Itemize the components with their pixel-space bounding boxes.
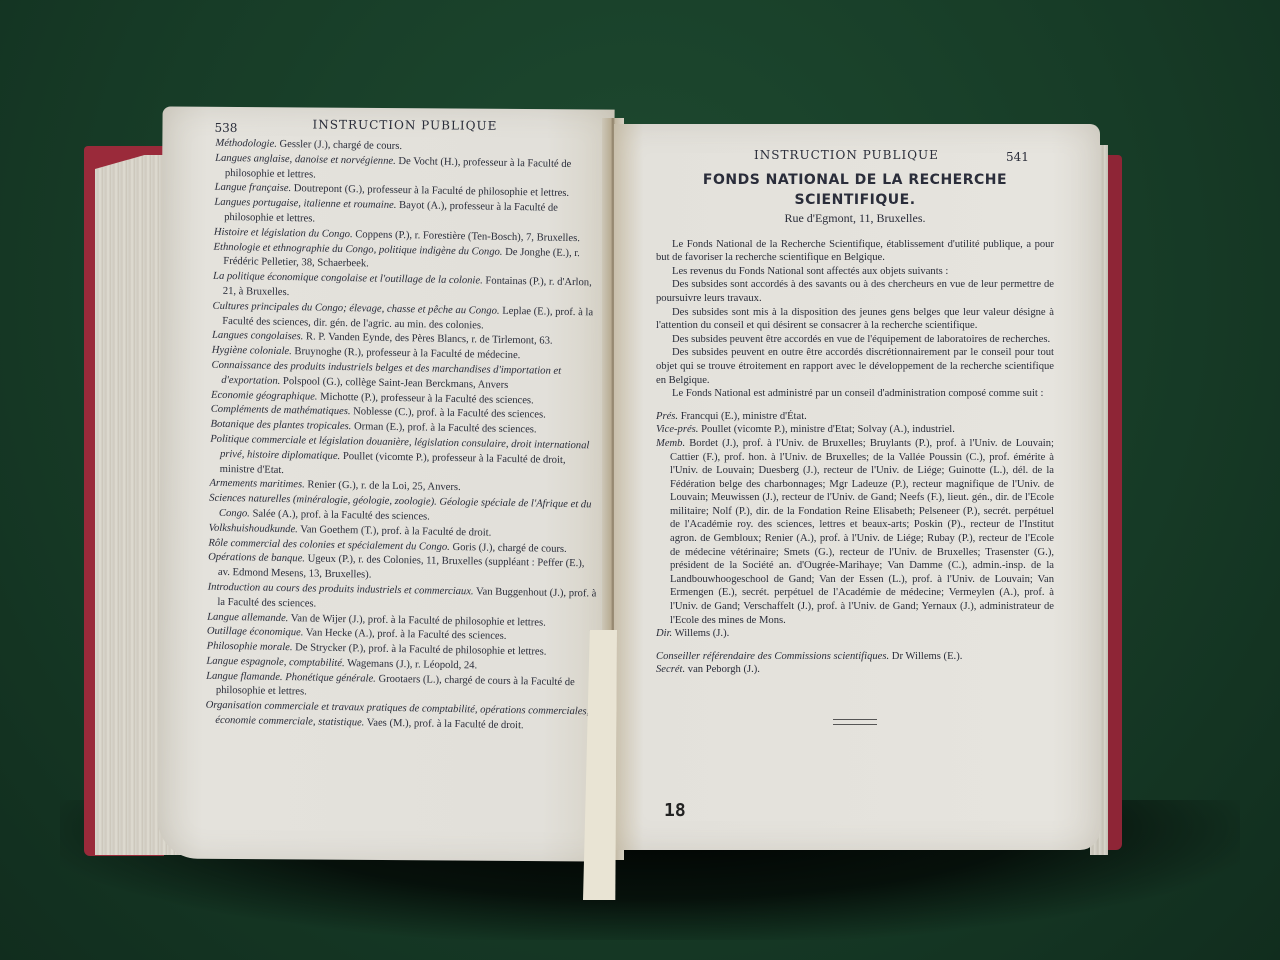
board-role-entry: Memb. Bordet (J.), prof. à l'Univ. de Br… (656, 437, 1054, 627)
course-subject: Histoire et législation du Congo. (214, 227, 353, 240)
course-instructor: R. P. Vanden Eynde, des Pères Blancs, r.… (303, 332, 552, 347)
paragraph: Des subsides peuvent en outre être accor… (656, 346, 1054, 387)
secretary-entry: Secrét. van Peborgh (J.). (656, 663, 1054, 677)
course-subject: Rôle commercial des colonies et spéciale… (208, 537, 450, 552)
course-subject: Armements maritimes. (209, 478, 305, 491)
left-entries: Méthodologie. Gessler (J.), chargé de co… (205, 137, 605, 736)
paragraphs: Le Fonds National de la Recherche Scient… (656, 238, 1054, 401)
secretary-role: Secrét. (656, 664, 685, 675)
board-role-holders: Bordet (J.), prof. à l'Univ. de Bruxelle… (670, 438, 1054, 626)
right-page: INSTRUCTION PUBLIQUE 541 FONDS NATIONAL … (614, 124, 1100, 850)
course-subject: Langues anglaise, danoise et norvégienne… (215, 153, 396, 167)
board-role: Memb. (656, 438, 685, 449)
course-subject: Langues congolaises. (212, 330, 303, 343)
signature-mark: 18 (664, 800, 686, 821)
course-subject: Outillage économique. (207, 626, 304, 639)
course-instructor: Van de Wijer (J.), prof. à la Faculté de… (288, 613, 546, 628)
paragraph: Des subsides peuvent être accordés en vu… (656, 333, 1054, 347)
board-role-holders: Francqui (E.), ministre d'État. (678, 411, 807, 422)
board-role-entry: Prés. Francqui (E.), ministre d'État. (656, 410, 1054, 424)
board-role-entry: Dir. Willems (J.). (656, 627, 1054, 641)
course-subject: Introduction au cours des produits indus… (208, 582, 474, 598)
course-subject: Philosophie morale. (207, 641, 293, 653)
left-page-number: 538 (214, 121, 237, 135)
board-role-entry: Vice-prés. Poullet (vicomte P.), ministr… (656, 423, 1054, 437)
right-running-head: INSTRUCTION PUBLIQUE (754, 148, 939, 162)
conseiller-name: Dr Willems (E.). (889, 651, 962, 662)
section-title: FONDS NATIONAL DE LA RECHERCHE SCIENTIFI… (656, 170, 1054, 210)
board-members: Prés. Francqui (E.), ministre d'État.Vic… (656, 410, 1054, 641)
course-subject: Langue espagnole, comptabilité. (206, 656, 344, 669)
course-instructor: Orman (E.), prof. à la Faculté des scien… (351, 421, 536, 435)
course-instructor: Polspool (G.), collège Saint-Jean Berckm… (280, 376, 508, 391)
course-instructor: Michotte (P.), professeur à la Faculté d… (317, 391, 533, 406)
board-role: Dir. (656, 628, 672, 639)
board-role-holders: Poullet (vicomte P.), ministre d'Etat; S… (698, 424, 954, 435)
conseiller-entry: Conseiller référendaire des Commissions … (656, 650, 1054, 664)
course-instructor: Bruynoghe (R.), professeur à la Faculté … (292, 346, 521, 361)
board-role: Prés. (656, 411, 678, 422)
course-instructor: Vaes (M.), prof. à la Faculté de droit. (364, 718, 523, 732)
section-address: Rue d'Egmont, 11, Bruxelles. (656, 212, 1054, 226)
course-subject: La politique économique congolaise et l'… (213, 271, 483, 287)
course-instructor: Coppens (P.), r. Forestière (Ten-Bosch),… (353, 229, 580, 244)
course-instructor: De Strycker (P.), prof. à la Faculté de … (292, 642, 546, 657)
paragraph: Des subsides sont mis à la disposition d… (656, 306, 1054, 333)
course-subject: Economie géographique. (211, 389, 318, 402)
course-instructor: Gessler (J.), chargé de cours. (277, 139, 402, 152)
course-subject: Compléments de mathématiques. (211, 404, 351, 417)
right-page-number: 541 (1006, 150, 1029, 164)
course-subject: Botanique des plantes tropicales. (210, 419, 351, 432)
course-instructor: Van Goethem (T.), prof. à la Faculté de … (298, 524, 492, 538)
board-role-holders: Willems (J.). (672, 628, 729, 639)
course-instructor: Doutrepont (G.), professeur à la Faculté… (291, 183, 569, 199)
course-subject: Langue flamande. Phonétique générale. (206, 670, 376, 684)
section-end-rule (833, 719, 877, 725)
course-subject: Langue allemande. (207, 611, 288, 623)
course-instructor: Renier (G.), r. de la Loi, 25, Anvers. (305, 480, 461, 494)
course-subject: Hygiène coloniale. (212, 345, 292, 357)
paragraph: Des subsides sont accordés à des savants… (656, 278, 1054, 305)
course-entry: Organisation commerciale et travaux prat… (205, 699, 595, 735)
course-instructor: Noblesse (C.), prof. à la Faculté des sc… (350, 407, 546, 421)
board-role: Vice-prés. (656, 424, 698, 435)
course-subject: Méthodologie. (215, 138, 277, 150)
course-subject: Cultures principales du Congo; élevage, … (212, 301, 499, 317)
secretary-name: van Peborgh (J.). (685, 664, 760, 675)
paragraph: Le Fonds National de la Recherche Scient… (656, 238, 1054, 265)
paragraph: Les revenus du Fonds National sont affec… (656, 265, 1054, 279)
course-subject: Opérations de banque. (208, 552, 305, 565)
course-subject: Langues portugaise, italienne et roumain… (214, 197, 396, 211)
left-page: 538 INSTRUCTION PUBLIQUE Méthodologie. G… (157, 106, 614, 861)
course-entry: Politique commerciale et législation dou… (210, 433, 601, 484)
course-instructor: Wagemans (J.), r. Léopold, 24. (345, 658, 478, 671)
course-instructor: Salée (A.), prof. à la Faculté des scien… (250, 508, 430, 522)
left-running-head: INSTRUCTION PUBLIQUE (312, 117, 497, 132)
course-instructor: Goris (J.), chargé de cours. (450, 541, 567, 554)
course-instructor: Van Hecke (A.), prof. à la Faculté des s… (303, 628, 506, 643)
paragraph: Le Fonds National est administré par un … (656, 387, 1054, 401)
conseiller-role: Conseiller référendaire des Commissions … (656, 651, 889, 662)
course-subject: Volkshuishoudkunde. (209, 522, 298, 535)
course-subject: Langue française. (215, 182, 292, 194)
right-content: FONDS NATIONAL DE LA RECHERCHE SCIENTIFI… (656, 170, 1054, 725)
